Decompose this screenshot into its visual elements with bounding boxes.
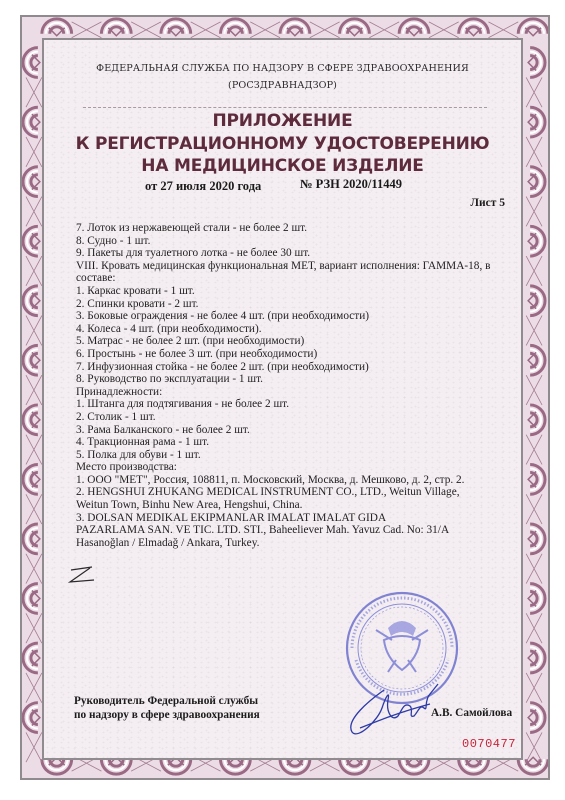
list-item: 4. Колеса - 4 шт. (при необходимости).: [76, 323, 516, 336]
list-item: составе:: [76, 272, 516, 285]
list-item: 3. DOLSAN MEDIKAL EKIPMANLAR IMALAT IMAL…: [76, 512, 516, 525]
document-title-line1: ПРИЛОЖЕНИЕ: [0, 111, 565, 131]
list-item: Место производства:: [76, 461, 516, 474]
list-item: 1. Штанга для подтягивания - не более 2 …: [76, 398, 516, 411]
registration-number: № РЗН 2020/11449: [300, 177, 402, 192]
list-item: 8. Руководство по эксплуатации - 1 шт.: [76, 373, 516, 386]
issue-date: от 27 июля 2020 года: [145, 179, 261, 194]
list-item: Hasanoğlan / Elmadağ / Ankara, Turkey.: [76, 537, 516, 550]
composition-list: 7. Лоток из нержавеющей стали - не более…: [76, 222, 516, 549]
document-title-line3: НА МЕДИЦИНСКОЕ ИЗДЕЛИЕ: [0, 156, 565, 176]
list-item: 3. Рама Балканского - не более 2 шт.: [76, 424, 516, 437]
list-item: 1. ООО "МЕТ", Россия, 108811, п. Московс…: [76, 474, 516, 487]
list-item: 5. Матрас - не более 2 шт. (при необходи…: [76, 335, 516, 348]
header-divider: [83, 107, 487, 108]
sheet-number: Лист 5: [470, 197, 505, 209]
serial-number: 0070477: [462, 737, 516, 751]
list-item: Принадлежности:: [76, 386, 516, 399]
list-item: 8. Судно - 1 шт.: [76, 235, 516, 248]
list-item: 3. Боковые ограждения - не более 4 шт. (…: [76, 310, 516, 323]
signatory-title-line2: по надзору в сфере здравоохранения: [74, 708, 260, 722]
agency-name: ФЕДЕРАЛЬНАЯ СЛУЖБА ПО НАДЗОРУ В СФЕРЕ ЗД…: [0, 63, 565, 74]
list-item: 6. Простынь - не более 3 шт. (при необхо…: [76, 348, 516, 361]
list-item: 5. Полка для обуви - 1 шт.: [76, 449, 516, 462]
list-item: 7. Инфузионная стойка - не более 2 шт. (…: [76, 361, 516, 374]
list-item: 1. Каркас кровати - 1 шт.: [76, 285, 516, 298]
list-item: 9. Пакеты для туалетного лотка - не боле…: [76, 247, 516, 260]
list-item: 7. Лоток из нержавеющей стали - не более…: [76, 222, 516, 235]
list-item: PAZARLAMA SAN. VE TIC. LTD. STI., Baheel…: [76, 524, 516, 537]
signatory-name: А.В. Самойлова: [431, 707, 512, 719]
signatory-title-line1: Руководитель Федеральной службы: [74, 694, 258, 708]
document-title-line2: К РЕГИСТРАЦИОННОМУ УДОСТОВЕРЕНИЮ: [0, 134, 565, 154]
list-item: Weitun Town, Binhu New Area, Hengshui, C…: [76, 499, 516, 512]
list-item: VIII. Кровать медицинская функциональная…: [76, 260, 516, 273]
agency-abbreviation: (РОСЗДРАВНАДЗОР): [0, 80, 565, 91]
list-item: 2. HENGSHUI ZHUKANG MEDICAL INSTRUMENT C…: [76, 486, 516, 499]
list-item: 2. Столик - 1 шт.: [76, 411, 516, 424]
list-item: 4. Тракционная рама - 1 шт.: [76, 436, 516, 449]
list-item: 2. Спинки кровати - 2 шт.: [76, 298, 516, 311]
